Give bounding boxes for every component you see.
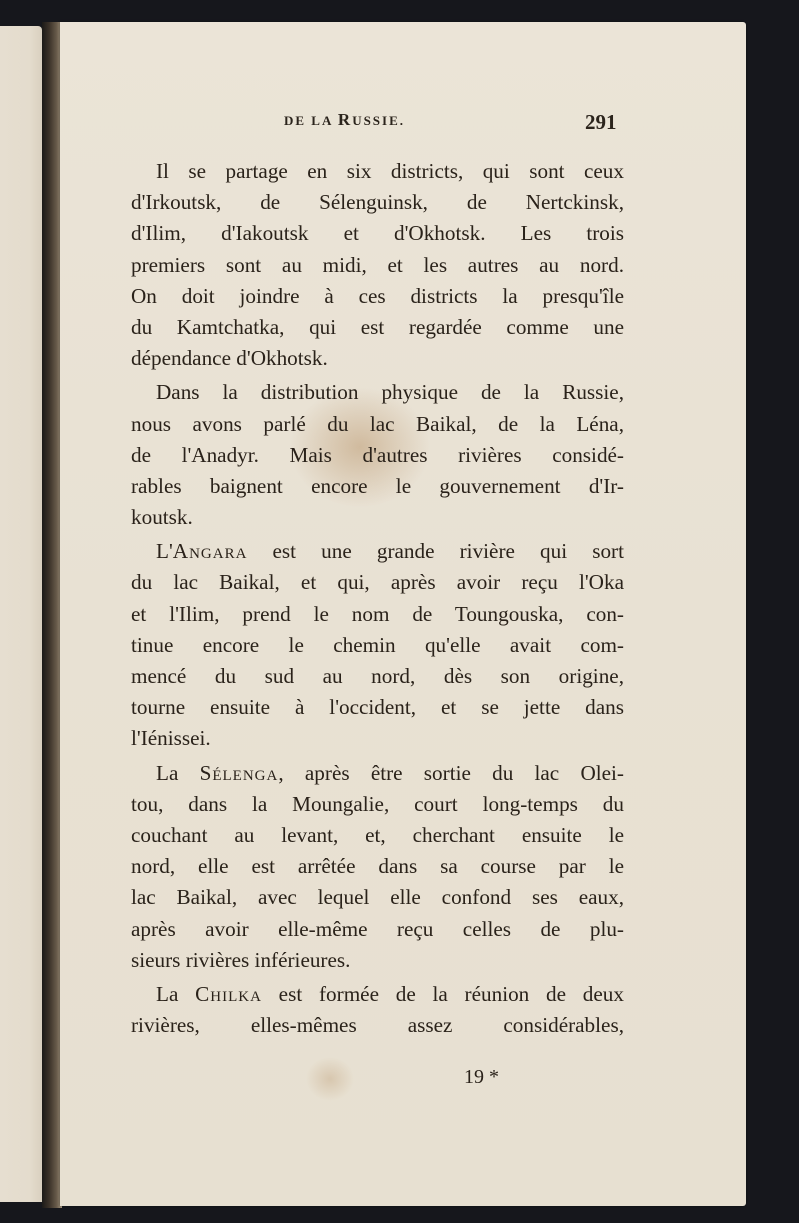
text-line: tou, dans la Moungalie, court long-temps… bbox=[131, 789, 624, 820]
text-fragment: est une grande rivière qui sort bbox=[247, 539, 624, 563]
text-line: après avoir elle-même reçu celles de plu… bbox=[131, 914, 624, 945]
river-name-chilka: Chilka bbox=[195, 982, 262, 1006]
text-line: tourne ensuite à l'occident, et se jette… bbox=[131, 692, 624, 723]
text-fragment: est formée de la réunion de deux bbox=[262, 982, 624, 1006]
lead-prefix: La bbox=[156, 761, 200, 785]
signature-mark: 19 * bbox=[464, 1066, 499, 1089]
running-title-part-3: ussie. bbox=[352, 113, 405, 128]
text-line: l'Iénissei. bbox=[131, 723, 624, 754]
text-line: couchant au levant, et, cherchant ensuit… bbox=[131, 820, 624, 851]
body-text: Il se partage en six districts, qui sont… bbox=[131, 156, 624, 1041]
text-line: koutsk. bbox=[131, 502, 624, 533]
paragraph-selenga: La Sélenga, après être sortie du lac Ole… bbox=[131, 758, 624, 976]
text-line: d'Ilim, d'Iakoutsk et d'Okhotsk. Les tro… bbox=[131, 218, 624, 249]
text-line: nous avons parlé du lac Baikal, de la Lé… bbox=[131, 409, 624, 440]
book-gutter bbox=[42, 22, 62, 1208]
river-name-angara: Angara bbox=[173, 539, 248, 563]
text-line: du lac Baikal, et qui, après avoir reçu … bbox=[131, 567, 624, 598]
text-line: La Chilka est formée de la réunion de de… bbox=[131, 979, 624, 1010]
text-line: lac Baikal, avec lequel elle confond ses… bbox=[131, 882, 624, 913]
text-line: rivières, elles-mêmes assez considérable… bbox=[131, 1010, 624, 1041]
text-line: L'Angara est une grande rivière qui sort bbox=[131, 536, 624, 567]
text-line: d'Irkoutsk, de Sélenguinsk, de Nertckins… bbox=[131, 187, 624, 218]
paragraph-angara: L'Angara est une grande rivière qui sort… bbox=[131, 536, 624, 754]
running-title: de la Russie. bbox=[284, 110, 405, 130]
text-line: rables baignent encore le gouvernement d… bbox=[131, 471, 624, 502]
text-fragment: , après être sortie du lac Olei- bbox=[278, 761, 624, 785]
page-number: 291 bbox=[585, 110, 617, 135]
text-line: tinue encore le chemin qu'elle avait com… bbox=[131, 630, 624, 661]
text-line: de l'Anadyr. Mais d'autres rivières cons… bbox=[131, 440, 624, 471]
running-title-part-1: de la bbox=[284, 113, 338, 128]
text-line: Il se partage en six districts, qui sont… bbox=[131, 156, 624, 187]
text-line: On doit joindre à ces districts la presq… bbox=[131, 281, 624, 312]
river-name-selenga: Sélenga bbox=[200, 761, 279, 785]
running-title-part-2: R bbox=[338, 110, 352, 129]
paragraph-distribution: Dans la distribution physique de la Russ… bbox=[131, 377, 624, 533]
text-line: sieurs rivières inférieures. bbox=[131, 945, 624, 976]
lead-prefix: L' bbox=[156, 539, 173, 563]
text-line: Dans la distribution physique de la Russ… bbox=[131, 377, 624, 408]
text-line: nord, elle est arrêtée dans sa course pa… bbox=[131, 851, 624, 882]
paragraph-districts: Il se partage en six districts, qui sont… bbox=[131, 156, 624, 374]
text-line: premiers sont au midi, et les autres au … bbox=[131, 250, 624, 281]
text-line: du Kamtchatka, qui est regardée comme un… bbox=[131, 312, 624, 343]
text-line: dépendance d'Okhotsk. bbox=[131, 343, 624, 374]
lead-prefix: La bbox=[156, 982, 195, 1006]
text-line: La Sélenga, après être sortie du lac Ole… bbox=[131, 758, 624, 789]
text-line: mencé du sud au nord, dès son origine, bbox=[131, 661, 624, 692]
paragraph-chilka: La Chilka est formée de la réunion de de… bbox=[131, 979, 624, 1041]
facing-page-edge bbox=[0, 26, 42, 1202]
text-line: et l'Ilim, prend le nom de Toungouska, c… bbox=[131, 599, 624, 630]
